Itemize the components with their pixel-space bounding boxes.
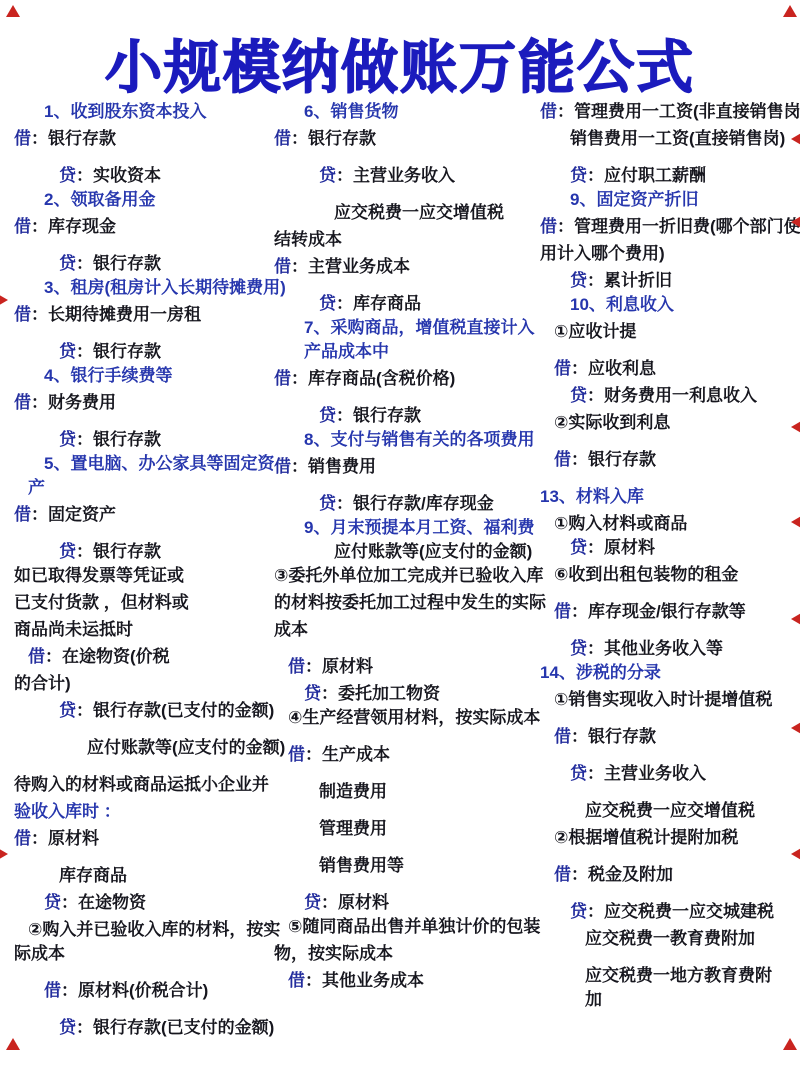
content-columns: 1、收到股东资本投入借：银行存款贷：实收资本2、领取备用金借：库存现金贷：银行存… [0, 100, 800, 1067]
section-header: 4、银行手续费等 [14, 364, 268, 388]
credit-label: 贷 [319, 406, 336, 425]
text-line: 成本 [274, 618, 530, 642]
section-header: 10、利息收入 [540, 293, 800, 317]
journal-entry-line: 借：银行存款 [274, 127, 530, 151]
credit-label: 贷 [304, 684, 321, 703]
text-line: 如已取得发票等凭证或 [14, 564, 268, 588]
journal-entry-line: 借：税金及附加 [540, 863, 800, 887]
debit-label: 借 [14, 505, 31, 524]
red-triangle-marker-icon [0, 293, 8, 307]
journal-entry-line: 借：管理费用一工资(非直接销售岗) [540, 100, 800, 124]
debit-label: 借 [288, 657, 305, 676]
journal-entry-line: 贷：银行存款 [274, 404, 530, 428]
text-line: 应付账款等(应支付的金额) [14, 736, 268, 760]
account-text: ：原材料 [305, 657, 373, 676]
text-line: 应交税费一地方教育费附 [540, 964, 800, 988]
journal-entry-line: 借：库存现金 [14, 215, 268, 239]
text-line: 应交税费一应交增值税 [274, 201, 530, 225]
account-text: ：库存商品 [336, 294, 421, 313]
credit-label: 贷 [59, 254, 76, 273]
journal-entry-line: 贷：银行存款(已支付的金额) [14, 1016, 268, 1040]
debit-label: 借 [28, 647, 45, 666]
journal-entry-line: 贷：银行存款 [14, 428, 268, 452]
account-text: ：库存现金/银行存款等 [571, 602, 746, 621]
section-header: 9、固定资产折旧 [540, 188, 800, 212]
journal-entry-line: 借：生产成本 [274, 743, 530, 767]
account-text: ：其他业务成本 [305, 971, 424, 990]
account-text: ：应交税费一应交城建税 [587, 902, 774, 921]
section-header: 5、置电脑、办公家具等固定资 [14, 452, 268, 476]
red-triangle-marker-icon [791, 612, 800, 626]
journal-entry-line: 借：银行存款 [14, 127, 268, 151]
debit-label: 借 [14, 305, 31, 324]
section-header: 2、领取备用金 [14, 188, 268, 212]
credit-label: 贷 [570, 764, 587, 783]
journal-entry-line: 贷：委托加工物资 [274, 682, 530, 706]
text-line: 待购入的材料或商品运抵小企业并 [14, 773, 268, 797]
credit-label: 贷 [570, 538, 587, 557]
journal-entry-line: 借：原材料 [274, 655, 530, 679]
debit-label: 借 [288, 745, 305, 764]
section-header: 7、采购商品，增值税直接计入 [274, 316, 530, 340]
text-line: 销售费用等 [274, 854, 530, 878]
account-text: ：银行存款/库存现金 [336, 494, 494, 513]
section-header: 产 [14, 476, 268, 500]
account-text: ：固定资产 [31, 505, 116, 524]
account-text: ：库存商品(含税价格) [291, 369, 455, 388]
account-text: ：管理费用一折旧费(哪个部门使 [557, 217, 800, 236]
red-triangle-marker-icon [791, 420, 800, 434]
account-text: ：原材料 [587, 538, 655, 557]
debit-label: 借 [554, 602, 571, 621]
account-text: ：在途物资 [61, 893, 146, 912]
text-line: ②根据增值税计提附加税 [540, 826, 800, 850]
debit-label: 借 [274, 129, 291, 148]
journal-entry-line: 贷：银行存款 [14, 340, 268, 364]
account-text: ：主营业务收入 [587, 764, 706, 783]
text-line: ⑤随同商品出售并单独计价的包装 [274, 915, 530, 939]
text-line: 已支付货款 ，但材料或 [14, 591, 268, 615]
journal-entry-line: 贷：应付职工薪酬 [540, 164, 800, 188]
text-line: ③委托外单位加工完成并已验收入库 [274, 564, 530, 588]
debit-label: 借 [14, 129, 31, 148]
text-line: 应交税费一应交增值税 [540, 799, 800, 823]
debit-label: 借 [554, 865, 571, 884]
text-line: 制造费用 [274, 780, 530, 804]
text-line: 的合计) [14, 672, 268, 696]
section-header: 产品成本中 [274, 340, 530, 364]
journal-entry-line: 贷：银行存款/库存现金 [274, 492, 530, 516]
text-line: 管理费用 [274, 817, 530, 841]
text-line: ②实际收到利息 [540, 411, 800, 435]
credit-label: 贷 [570, 166, 587, 185]
red-triangle-marker-icon [783, 5, 797, 17]
red-triangle-marker-icon [791, 721, 800, 735]
section-header: 3、租房(租房计入长期待摊费用) [14, 276, 268, 300]
red-triangle-marker-icon [791, 215, 800, 229]
text-line: 销售费用一工资(直接销售岗) [540, 127, 800, 151]
journal-entry-line: 贷：库存商品 [274, 292, 530, 316]
credit-label: 贷 [59, 701, 76, 720]
text-line: 应交税费一教育费附加 [540, 927, 800, 951]
journal-entry-line: 贷：实收资本 [14, 164, 268, 188]
red-triangle-marker-icon [783, 1038, 797, 1050]
credit-label: 贷 [59, 1018, 76, 1037]
text-line: ①购入材料或商品 [540, 512, 800, 536]
text-line: ④生产经营领用材料，按实际成本 [274, 706, 530, 730]
section-header: 8、支付与销售有关的各项费用 [274, 428, 530, 452]
credit-label: 贷 [570, 386, 587, 405]
credit-label: 贷 [59, 430, 76, 449]
journal-entry-line: 贷：在途物资 [14, 891, 268, 915]
red-triangle-marker-icon [791, 847, 800, 861]
journal-entry-line: 贷：应交税费一应交城建税 [540, 900, 800, 924]
text-line: 库存商品 [14, 864, 268, 888]
section-header: 9、月末预提本月工资、福利费 [274, 516, 530, 540]
journal-entry-line: 借：库存商品(含税价格) [274, 367, 530, 391]
text-line: 应付账款等(应支付的金额) [274, 540, 530, 564]
journal-entry-line: 借：银行存款 [540, 725, 800, 749]
text-line: ①销售实现收入时计提增值税 [540, 688, 800, 712]
credit-label: 贷 [59, 166, 76, 185]
section-header: 13、材料入库 [540, 485, 800, 509]
text-line: 商品尚未运抵时 [14, 618, 268, 642]
credit-label: 贷 [570, 902, 587, 921]
account-text: ：应付职工薪酬 [587, 166, 706, 185]
section-header: 验收入库时 ： [14, 800, 268, 824]
account-text: ：银行存款 [291, 129, 376, 148]
debit-label: 借 [44, 981, 61, 1000]
red-triangle-marker-icon [6, 1038, 20, 1050]
journal-entry-line: 贷：累计折旧 [540, 269, 800, 293]
red-triangle-marker-icon [791, 132, 800, 146]
account-text: ：生产成本 [305, 745, 390, 764]
journal-entry-line: 借：在途物资(价税 [14, 645, 268, 669]
journal-entry-line: 借：应收利息 [540, 357, 800, 381]
account-text: ：原材料 [31, 829, 99, 848]
debit-label: 借 [540, 217, 557, 236]
text-line: 际成本 [14, 942, 268, 966]
debit-label: 借 [554, 359, 571, 378]
account-text: ：在途物资(价税 [45, 647, 170, 666]
journal-entry-line: 借：原材料 [14, 827, 268, 851]
journal-entry-line: 借：其他业务成本 [274, 969, 530, 993]
journal-entry-line: 借：银行存款 [540, 448, 800, 472]
journal-entry-line: 借：固定资产 [14, 503, 268, 527]
credit-label: 贷 [304, 893, 321, 912]
journal-entry-line: 贷：银行存款 [14, 540, 268, 564]
account-text: ：财务费用 [31, 393, 116, 412]
journal-entry-line: 借：主营业务成本 [274, 255, 530, 279]
debit-label: 借 [540, 102, 557, 121]
section-header: 14、涉税的分录 [540, 661, 800, 685]
account-text: ：银行存款 [76, 342, 161, 361]
debit-label: 借 [274, 257, 291, 276]
debit-label: 借 [14, 217, 31, 236]
red-triangle-marker-icon [791, 515, 800, 529]
credit-label: 贷 [319, 166, 336, 185]
account-text: ：银行存款 [571, 727, 656, 746]
account-text: ：税金及附加 [571, 865, 673, 884]
account-text: ：银行存款 [336, 406, 421, 425]
account-text: ：银行存款 [571, 450, 656, 469]
text-line: ②购入并已验收入库的材料，按实 [14, 918, 268, 942]
journal-entry-line: 贷：主营业务收入 [274, 164, 530, 188]
text-line: 的材料按委托加工过程中发生的实际 [274, 591, 530, 615]
account-text: ：实收资本 [76, 166, 161, 185]
text-line: 物，按实际成本 [274, 942, 530, 966]
account-text: ：其他业务收入等 [587, 639, 723, 658]
credit-label: 贷 [44, 893, 61, 912]
account-text: ：原材料(价税合计) [61, 981, 208, 1000]
journal-entry-line: 贷：财务费用一利息收入 [540, 384, 800, 408]
text-line: ①应收计提 [540, 320, 800, 344]
journal-entry-line: 借：销售费用 [274, 455, 530, 479]
account-text: ：原材料 [321, 893, 389, 912]
account-text: ：银行存款 [76, 430, 161, 449]
text-line: ⑥收到出租包装物的租金 [540, 563, 800, 587]
section-header: 1、收到股东资本投入 [14, 100, 268, 124]
debit-label: 借 [14, 829, 31, 848]
credit-label: 贷 [59, 542, 76, 561]
account-text: ：银行存款 [76, 542, 161, 561]
page-title: 小规模纳做账万能公式 [0, 22, 800, 104]
column-1: 1、收到股东资本投入借：银行存款贷：实收资本2、领取备用金借：库存现金贷：银行存… [0, 100, 268, 1067]
journal-entry-line: 借：库存现金/银行存款等 [540, 600, 800, 624]
credit-label: 贷 [570, 639, 587, 658]
account-text: ：委托加工物资 [321, 684, 440, 703]
red-triangle-marker-icon [0, 847, 8, 861]
text-line: 加 [540, 988, 800, 1012]
journal-entry-line: 借：长期待摊费用一房租 [14, 303, 268, 327]
credit-label: 贷 [570, 271, 587, 290]
credit-label: 贷 [319, 294, 336, 313]
debit-label: 借 [554, 450, 571, 469]
journal-entry-line: 贷：主营业务收入 [540, 762, 800, 786]
account-text: ：管理费用一工资(非直接销售岗) [557, 102, 800, 121]
red-triangle-marker-icon [6, 5, 20, 17]
journal-entry-line: 借：财务费用 [14, 391, 268, 415]
journal-entry-line: 贷：其他业务收入等 [540, 637, 800, 661]
journal-entry-line: 贷：原材料 [274, 891, 530, 915]
debit-label: 借 [554, 727, 571, 746]
account-text: ：财务费用一利息收入 [587, 386, 757, 405]
account-text: ：主营业务收入 [336, 166, 455, 185]
account-text: ：银行存款 [76, 254, 161, 273]
account-text: ：主营业务成本 [291, 257, 410, 276]
account-text: ：销售费用 [291, 457, 376, 476]
account-text: ：库存现金 [31, 217, 116, 236]
journal-entry-line: 贷：银行存款 [14, 252, 268, 276]
account-text: ：银行存款 [31, 129, 116, 148]
section-header: 6、销售货物 [274, 100, 530, 124]
account-text: ：银行存款(已支付的金额) [76, 701, 274, 720]
journal-entry-line: 借：原材料(价税合计) [14, 979, 268, 1003]
debit-label: 借 [274, 369, 291, 388]
debit-label: 借 [274, 457, 291, 476]
journal-entry-line: 贷：原材料 [540, 536, 800, 560]
column-3: 借：管理费用一工资(非直接销售岗)销售费用一工资(直接销售岗)贷：应付职工薪酬9… [530, 100, 800, 1067]
poster-page: 小规模纳做账万能公式 1、收到股东资本投入借：银行存款贷：实收资本2、领取备用金… [0, 0, 800, 1067]
credit-label: 贷 [319, 494, 336, 513]
journal-entry-line: 贷：银行存款(已支付的金额) [14, 699, 268, 723]
account-text: ：长期待摊费用一房租 [31, 305, 201, 324]
journal-entry-line: 借：管理费用一折旧费(哪个部门使 [540, 215, 800, 239]
column-2: 6、销售货物借：银行存款贷：主营业务收入应交税费一应交增值税结转成本借：主营业务… [268, 100, 530, 1067]
debit-label: 借 [14, 393, 31, 412]
credit-label: 贷 [59, 342, 76, 361]
account-text: ：累计折旧 [587, 271, 672, 290]
account-text: ：银行存款(已支付的金额) [76, 1018, 274, 1037]
account-text: ：应收利息 [571, 359, 656, 378]
text-line: 用计入哪个费用) [540, 242, 800, 266]
text-line: 结转成本 [274, 228, 530, 252]
debit-label: 借 [288, 971, 305, 990]
